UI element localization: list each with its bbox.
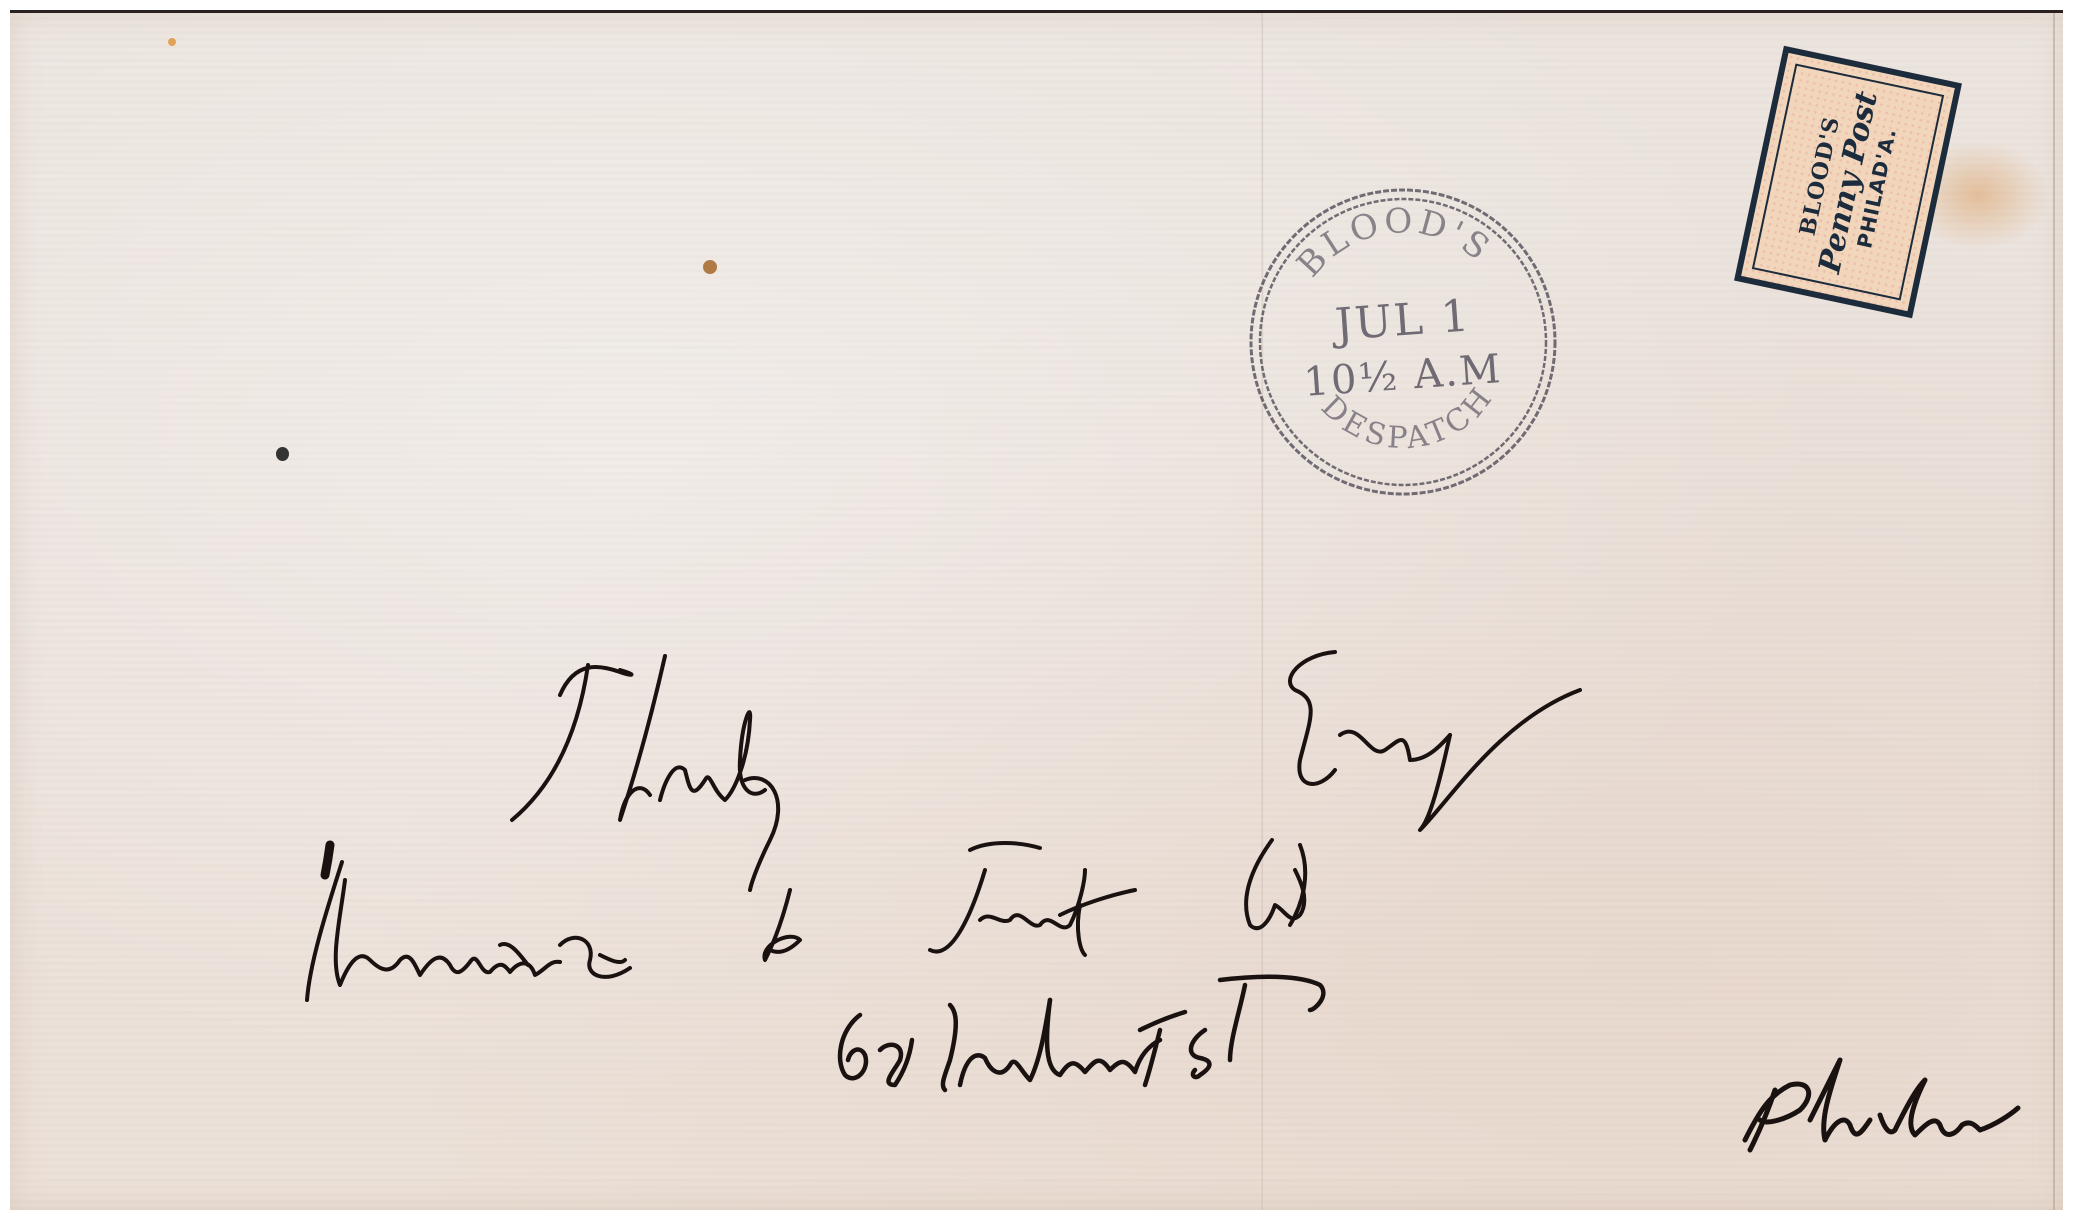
foxing-spot: [168, 38, 176, 46]
flap-edge: [2053, 13, 2055, 1210]
address-line-1: T Smiley Esq: [0, 0, 1, 1]
address-transcription: T Smiley Esq Insurance & Trust Co 62 Wal…: [0, 0, 1, 1]
foxing-spot: [703, 260, 717, 274]
stain-mark: [1930, 140, 2050, 250]
postmark-handstamp: BLOOD'S DESPATCH JUL 1 10½ A.M: [1244, 183, 1562, 501]
ink-spot: [276, 447, 289, 461]
